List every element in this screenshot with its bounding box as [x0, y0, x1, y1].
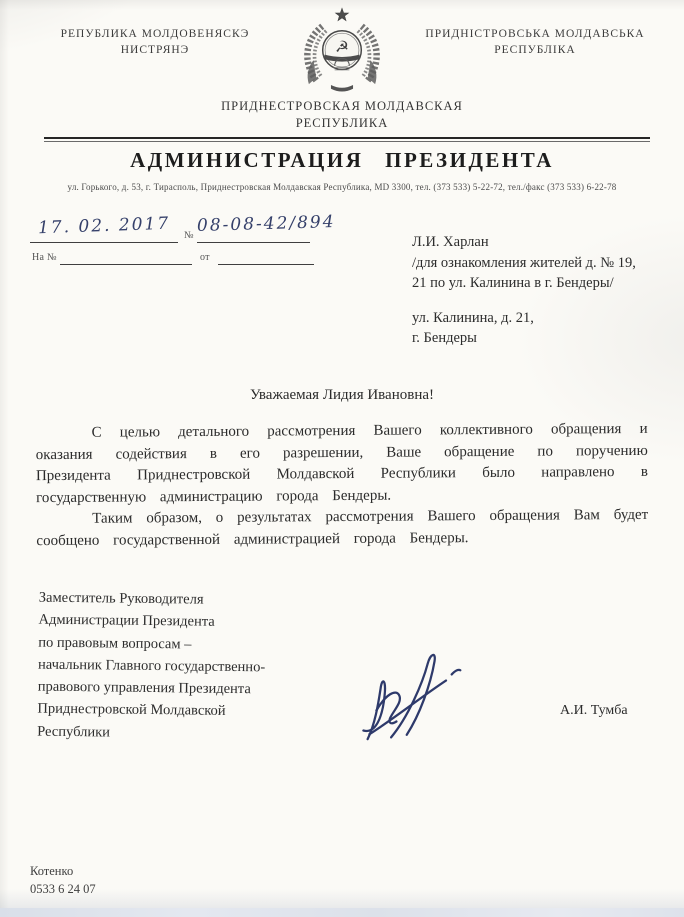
letterhead-rule-thick [44, 137, 650, 139]
outgoing-date-handwritten: 17. 02. 2017 [38, 214, 171, 239]
letterhead-center-line2: РЕСПУБЛИКА [0, 115, 684, 132]
reply-to-number-field [60, 248, 192, 265]
executor-phone: 0533 6 24 07 [30, 880, 96, 898]
outgoing-number-handwritten: 08-08-42/894 [197, 212, 336, 236]
letterhead-left-line1: РЕПУБЛИКА МОЛДОВЕНЯСКЭ [40, 26, 270, 42]
letter-body: С целью детального рассмотрения Вашего к… [36, 419, 649, 553]
org-address-line: ул. Горького, д. 53, г. Тирасполь, Придн… [0, 182, 684, 192]
salutation: Уважаемая Лидия Ивановна! [0, 387, 684, 404]
from-label: от [200, 252, 210, 263]
signer-title-line: Администрации Президента [38, 609, 265, 634]
executor-block: Котенко 0533 6 24 07 [30, 862, 96, 898]
letterhead-left-name: РЕПУБЛИКА МОЛДОВЕНЯСКЭ НИСТРЯНЭ [40, 26, 270, 58]
outgoing-number-field: 08-08-42/894 [197, 214, 310, 243]
scanned-letter-page: РЕПУБЛИКА МОЛДОВЕНЯСКЭ НИСТРЯНЭ ☭ [0, 0, 684, 917]
recipient-note-line2: 21 по ул. Калинина в г. Бендеры/ [412, 273, 636, 294]
signer-title-line: начальник Главного государственно- [38, 654, 265, 679]
letterhead-center-line1: ПРИДНЕСТРОВСКАЯ МОЛДАВСКАЯ [0, 98, 684, 115]
body-paragraph-1: С целью детального рассмотрения Вашего к… [36, 419, 649, 510]
handwritten-signature-icon [354, 644, 496, 752]
signer-title-line: правового управления Президента [38, 676, 265, 701]
letterhead-right-line2: РЕСПУБЛІКА [408, 42, 662, 58]
outgoing-date-field: 17. 02. 2017 [30, 216, 178, 243]
org-title: АДМИНИСТРАЦИЯ ПРЕЗИДЕНТА [0, 148, 684, 173]
executor-name: Котенко [30, 862, 96, 880]
signer-title-line: Приднестровской Молдавской [37, 698, 264, 723]
letterhead-rule-thin [44, 141, 650, 142]
scan-edge-strip [0, 908, 684, 917]
recipient-note-line1: /для ознакомления жителей д. № 19, [412, 253, 636, 274]
letterhead-right-line1: ПРИДНІСТРОВСЬКА МОЛДАВСЬКА [408, 26, 662, 42]
letterhead-right-name: ПРИДНІСТРОВСЬКА МОЛДАВСЬКА РЕСПУБЛІКА [408, 26, 662, 58]
reply-to-date-field [218, 248, 314, 265]
signer-name: А.И. Тумба [560, 703, 628, 719]
recipient-address-line2: г. Бендеры [412, 328, 636, 349]
recipient-block: Л.И. Харлан /для ознакомления жителей д.… [412, 232, 636, 349]
letterhead-left-line2: НИСТРЯНЭ [40, 42, 270, 58]
reply-to-label: На № [32, 252, 57, 263]
number-sign-label: № [184, 230, 194, 241]
svg-text:☭: ☭ [335, 37, 349, 56]
recipient-address-line1: ул. Калинина, д. 21, [412, 308, 636, 329]
recipient-name: Л.И. Харлан [412, 232, 636, 253]
letterhead-center-name: ПРИДНЕСТРОВСКАЯ МОЛДАВСКАЯ РЕСПУБЛИКА [0, 98, 684, 132]
signer-title-line: Заместитель Руководителя [39, 587, 266, 612]
signer-title-line: Республики [37, 720, 264, 745]
body-paragraph-2: Таким образом, о результатах рассмотрени… [36, 505, 648, 552]
recipient-gap [412, 294, 636, 308]
signer-title-block: Заместитель Руководителя Администрации П… [37, 587, 266, 746]
pmr-coat-of-arms-icon: ☭ [296, 6, 388, 96]
signer-title-line: по правовым вопросам – [38, 631, 265, 656]
